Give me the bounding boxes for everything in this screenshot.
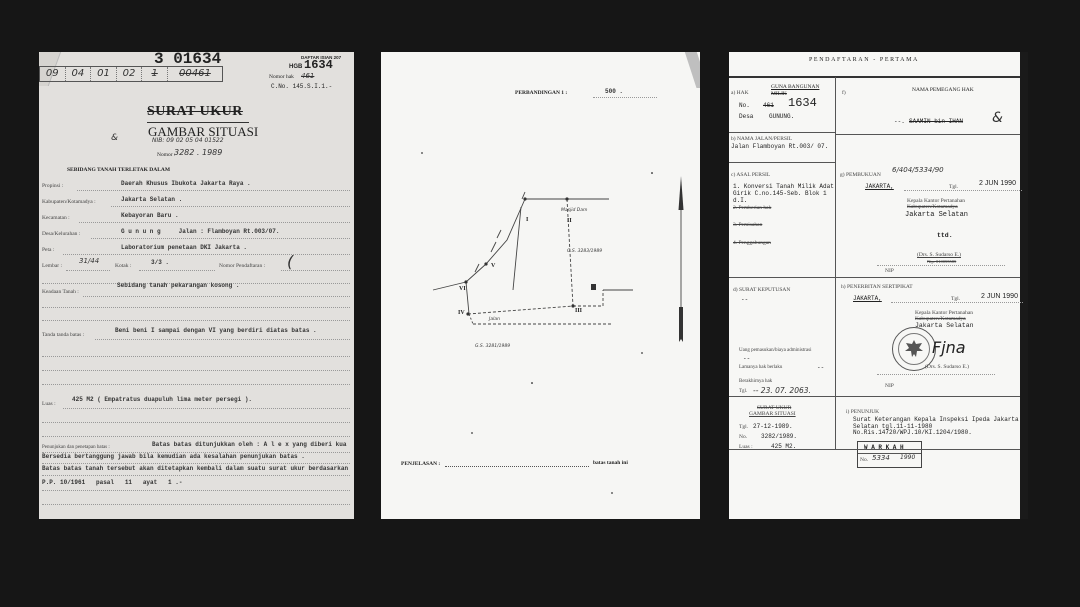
scan-speck <box>641 352 643 354</box>
field-label-kecamatan: Kecamatan : <box>42 215 70 221</box>
field-value-kabupaten: Jakarta Selatan . <box>121 196 182 203</box>
penerbitan-region: Jakarta Selatan <box>915 322 974 329</box>
statement-line-3: Batas batas tanah tersebut akan ditetapk… <box>42 465 348 472</box>
id-box: 1 <box>142 67 168 81</box>
document-page-gambar-situasi: 3 01634 09 04 01 02 1 00461 DAFTAR ISIAN… <box>39 52 354 519</box>
nomor-hak-label: Nomor hak <box>269 74 294 80</box>
berakhir-tgl-label: Tgl. <box>739 389 747 394</box>
dotted-line <box>42 307 350 308</box>
no-label: No. <box>739 102 750 109</box>
field-value-peta: Laboratorium penetaan DKI Jakarta . <box>121 244 247 251</box>
id-box: 04 <box>66 67 92 81</box>
dotted-line <box>77 190 350 191</box>
dotted-line <box>42 504 350 505</box>
dotted-line <box>42 436 350 437</box>
dotted-line <box>877 265 1005 266</box>
scan-speck <box>611 492 613 494</box>
penerbitan-date: 2 JUN 1990 <box>981 293 1018 300</box>
field-label-peta: Peta : <box>42 247 54 253</box>
luas-value: 425 M2 ( Empatratus duapuluh lima meter … <box>72 396 252 403</box>
statement-line-4: P.P. 10/1961 pasal 11 ayat 1 .- <box>42 479 182 486</box>
no-struck: 461 <box>763 102 774 109</box>
dotted-line <box>42 422 350 423</box>
nib-number: NIB: 09 02 05 04 01522 <box>152 137 224 144</box>
hak-label: a) HAK <box>731 90 749 96</box>
luas-label: Luas : <box>42 401 56 407</box>
no-value: 1634 <box>788 96 817 110</box>
hak-struck: MILIK <box>771 91 787 97</box>
lamanya-value: -- <box>817 364 824 371</box>
section-rule <box>729 449 1020 450</box>
handwritten-mark: & <box>992 110 1003 126</box>
dotted-line <box>79 222 350 223</box>
pembukuan-label: g) PEMBUKUAN <box>840 172 881 178</box>
dotted-line <box>445 466 589 467</box>
hgb-label: HGB <box>289 64 302 70</box>
e-tgl-label: Tgl. <box>739 424 748 430</box>
dotted-line <box>42 475 350 476</box>
penerbitan-signatory: (Drs. S. Sudarso E.) <box>925 364 969 370</box>
dotted-line <box>63 408 350 409</box>
dotted-line <box>42 320 350 321</box>
field-label-kabupaten: Kabupaten/Kotamadya : <box>42 199 96 205</box>
penjelasan-suffix: batas tanah ini <box>593 460 628 466</box>
dotted-line <box>63 254 350 255</box>
keputusan-dash: -- <box>741 296 748 303</box>
dotted-line <box>139 270 215 271</box>
map-point-label: IV <box>458 310 465 316</box>
penerbitan-nip-label: NIP <box>885 383 894 389</box>
map-point-label: VI <box>459 286 466 292</box>
nomor-pendaftaran-label: Nomor Pendaftaran : <box>219 263 265 269</box>
lembar-value: 31/44 <box>79 257 99 265</box>
dotted-line <box>42 356 350 357</box>
title-rule <box>147 122 249 123</box>
nomor-value: 3282 . 1989 <box>174 148 222 157</box>
e-tgl-value: 27-12-1989. <box>753 423 793 430</box>
dotted-line <box>891 302 1023 303</box>
asal-persil-item-4: 4. Penggabungan <box>733 240 771 246</box>
dotted-line <box>42 384 350 385</box>
penunjuk-label: i) PENUNJUK <box>846 409 879 415</box>
tanda-label: Tanda tanda batas : <box>42 332 84 338</box>
field-label-desa: Desa/Kelurahan : <box>42 231 80 237</box>
map-label-top-street: Masjid Dam <box>561 208 587 213</box>
field-value-propinsi: Daerah Khusus Ibukota Jakarta Raya . <box>121 180 251 187</box>
document-page-situation-drawing: PERBANDINGAN 1 : 500 . <box>381 52 700 519</box>
nomor-label: Nomor : <box>157 152 176 158</box>
penunjukan-label: Penunjukan dan penetapan batas : <box>42 445 110 450</box>
dotted-line <box>111 206 350 207</box>
lembar-label: Lembar : <box>42 263 62 269</box>
map-label-bottom: Jalan <box>489 317 500 322</box>
pemegang-name: SAAMIN bin IHAN <box>909 118 963 125</box>
asal-persil-item-1: 1. Konversi Tanah Milik Adat Girik C.no.… <box>733 183 835 204</box>
hgb-number: 1634 <box>304 58 333 72</box>
dotted-line <box>42 370 350 371</box>
desa-value: GUNUNG. <box>769 113 794 120</box>
handwritten-mark: ( <box>287 252 293 271</box>
pemegang-heading: NAMA PEMEGANG HAK <box>912 87 974 93</box>
uang-label: Uang pemasukan/biaya administrasi <box>739 348 811 353</box>
section-rule <box>729 396 1020 397</box>
id-box: 09 <box>40 67 66 81</box>
kotak-value: 3/3 . <box>151 259 169 266</box>
jalan-label: b) NAMA JALAN/PERSIL <box>731 136 792 142</box>
penunjuk-text: Surat Keterangan Kepala Inspeksi Ipeda J… <box>853 417 1023 437</box>
page-edge-shadow <box>1020 52 1028 519</box>
dotted-line <box>877 374 995 375</box>
document-page-pendaftaran-pertama: PENDAFTARAN - PERTAMA a) HAK GUNA BANGUN… <box>729 52 1028 519</box>
hak-guna: GUNA BANGUNAN <box>771 84 819 90</box>
jalan-value: Jalan Flamboyan Rt.003/ 07. <box>731 143 831 150</box>
berakhir-value: -- 23. 07. 2063. <box>753 386 811 395</box>
header-rule <box>729 76 1020 78</box>
scan-speck <box>471 432 473 434</box>
id-box: 01 <box>91 67 117 81</box>
c-no: C.No. 145.S.I.1.- <box>271 83 332 90</box>
kotak-label: Kotak : <box>115 263 131 269</box>
map-point-label: V <box>491 263 495 269</box>
dotted-line <box>42 463 350 464</box>
dotted-line <box>95 339 350 340</box>
e-no-label: No. <box>739 434 747 440</box>
field-value-kecamatan: Kebayoran Baru . <box>121 212 179 219</box>
keadaan-value: Sebidang tanah pekarangan kosong . <box>117 282 239 289</box>
scan-speck <box>421 152 423 154</box>
pembukuan-tgl-label: Tgl. <box>949 184 958 190</box>
berakhir-label: Berakhirnya hak <box>739 379 772 384</box>
map-label-parcel: G.S. 3283/1989 <box>567 249 602 254</box>
id-box: 02 <box>117 67 143 81</box>
penerbitan-label: h) PENERBITAN SERTIPIKAT <box>841 284 913 290</box>
keadaan-label: Keadaan Tanah : <box>42 289 79 295</box>
id-number-boxes: 09 04 01 02 1 00461 <box>39 66 223 82</box>
situation-map-drawing <box>381 52 700 519</box>
uang-value: -- <box>743 355 750 362</box>
scan-speck <box>531 382 533 384</box>
map-point-label: III <box>575 308 582 314</box>
dotted-line <box>91 238 350 239</box>
section-rule <box>729 132 835 133</box>
pembukuan-city: JAKARTA, <box>865 183 894 190</box>
dotted-line <box>66 270 110 271</box>
field-label-propinsi: Propinsi : <box>42 183 63 189</box>
field-value-desa: G u n u n g Jalan : Flamboyan Rt.003/07. <box>121 228 279 235</box>
nomor-hak-value: 461 <box>301 72 314 80</box>
pembukuan-signatory: (Drs. S. Sudarso E.) <box>917 252 961 258</box>
dotted-line <box>42 490 350 491</box>
penerbitan-tgl-label: Tgl. <box>951 296 960 302</box>
section-heading: SEBIDANG TANAH TERLETAK DALAM <box>67 167 170 173</box>
asal-persil-label: c) ASAL PERSIL <box>731 172 770 178</box>
pembukuan-number: 6/404/5334/90 <box>892 166 944 174</box>
penunjukan-value: Batas batas ditunjukkan oleh : A l e x y… <box>152 441 346 448</box>
pembukuan-region: Jakarta Selatan <box>905 211 968 219</box>
keputusan-label: d) SURAT KEPUTUSAN <box>733 287 790 293</box>
pemegang-prefix: --. <box>894 118 905 125</box>
warkah-no: 5334 <box>872 454 890 462</box>
id-box: 00461 <box>168 67 222 81</box>
tanda-value: Beni beni I sampai dengan VI yang berdir… <box>115 327 317 334</box>
statement-line-2: Bersedia bertanggung jawab bila kemudian… <box>42 453 305 460</box>
pembukuan-nip-label: NIP <box>885 268 894 274</box>
pembukuan-ttd: ttd. <box>937 232 953 239</box>
signature: Fjna <box>932 338 966 357</box>
pembukuan-date: 2 JUN 1990 <box>979 180 1016 187</box>
desa-label: Desa <box>739 113 753 120</box>
register-header: PENDAFTARAN - PERTAMA <box>809 57 919 63</box>
section-rule <box>729 162 835 163</box>
scan-speck <box>651 172 653 174</box>
gambar-situasi-label: GAMBAR SITUASI <box>749 411 796 417</box>
warkah-year: 1990 <box>900 454 915 461</box>
section-f-label: f) <box>842 90 846 96</box>
asal-persil-item-2: 2. Pemberian hak <box>733 205 771 211</box>
pembukuan-office-struck: Kabupaten/Kotamadya <box>907 204 958 210</box>
section-rule <box>729 277 1020 278</box>
asal-persil-item-3: 3. Pemisahan <box>733 222 762 228</box>
pembukuan-nip-line: Nip. 010055585 <box>927 259 956 264</box>
map-point-label: II <box>567 218 572 224</box>
e-no-value: 3282/1989. <box>761 433 797 440</box>
warkah-stamp: W A R K A H No. 5334 1990 <box>857 441 922 468</box>
penjelasan-label: PENJELASAN : <box>401 461 440 467</box>
lamanya-label: Lamanya hak berlaku <box>739 365 782 370</box>
section-rule <box>835 134 1020 135</box>
warkah-no-label: No. <box>860 457 868 463</box>
penerbitan-city: JAKARTA, <box>853 295 882 302</box>
title-struck: SURAT UKUR <box>147 104 243 120</box>
dotted-line <box>83 296 350 297</box>
map-label-ref: G.S. 3281/1989 <box>475 344 510 349</box>
handwritten-mark: & <box>111 133 118 143</box>
column-divider <box>835 77 836 449</box>
dotted-line <box>904 190 1022 191</box>
map-point-label: I <box>526 217 528 223</box>
